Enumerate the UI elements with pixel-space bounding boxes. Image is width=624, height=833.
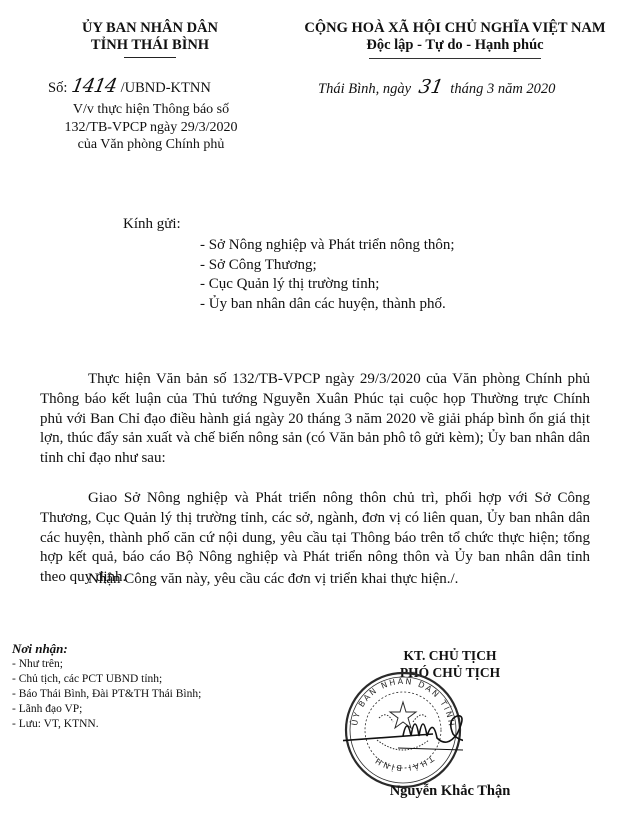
date-day-handwritten: 31: [413, 76, 449, 98]
document-number: Số: 1414 /UBND-KTNN: [48, 75, 268, 97]
doc-number-handwritten: 1414: [69, 75, 119, 97]
national-motto: CỘNG HOÀ XÃ HỘI CHỦ NGHĨA VIỆT NAM Độc l…: [290, 20, 620, 59]
recipient-item: - Sở Công Thương;: [200, 256, 455, 276]
svg-text:THÁI BÌNH: THÁI BÌNH: [372, 753, 436, 773]
subject-line-1: V/v thực hiện Thông báo số: [40, 101, 262, 119]
recipient-item: - Ủy ban nhân dân các huyện, thành phố.: [200, 295, 455, 315]
recipient-item: - Cục Quản lý thị trường tỉnh;: [200, 275, 455, 295]
official-seal-icon: ỦY BAN NHÂN DÂN TỈNH THÁI BÌNH: [343, 670, 463, 790]
body-paragraph-3: Nhận Công văn này, yêu cầu các đơn vị tr…: [40, 570, 590, 590]
cc-item: - Báo Thái Bình, Đài PT&TH Thái Bình;: [12, 687, 312, 702]
authority-line-2: TỈNH THÁI BÌNH: [40, 37, 260, 54]
authority-line-1: ỦY BAN NHÂN DÂN: [40, 20, 260, 37]
cc-item: - Lãnh đạo VP;: [12, 702, 312, 717]
cc-item: - Lưu: VT, KTNN.: [12, 717, 312, 732]
motto-underline: [369, 58, 541, 59]
recipient-item: - Sở Nông nghiệp và Phát triển nông thôn…: [200, 236, 455, 256]
cc-title: Nơi nhận:: [12, 641, 312, 656]
cc-block: Nơi nhận: - Như trên; - Chủ tịch, các PC…: [12, 641, 312, 732]
cc-list: - Như trên; - Chủ tịch, các PCT UBND tỉn…: [12, 657, 312, 732]
subject-line-2: 132/TB-VPCP ngày 29/3/2020: [40, 119, 262, 137]
doc-number-prefix: Số:: [48, 80, 67, 96]
issuing-authority: ỦY BAN NHÂN DÂN TỈNH THÁI BÌNH: [40, 20, 260, 58]
body-paragraph-1: Thực hiện Văn bản số 132/TB-VPCP ngày 29…: [40, 370, 590, 469]
document-date: Thái Bình, ngày 31 tháng 3 năm 2020: [318, 76, 555, 98]
doc-number-suffix: /UBND-KTNN: [121, 80, 211, 96]
authority-underline: [124, 57, 176, 58]
cc-item: - Chủ tịch, các PCT UBND tỉnh;: [12, 672, 312, 687]
document-subject: V/v thực hiện Thông báo số 132/TB-VPCP n…: [40, 101, 262, 154]
greeting: Kính gửi:: [123, 216, 181, 233]
signature-title-line-1: KT. CHỦ TỊCH: [365, 647, 535, 664]
signer-name: Nguyễn Khắc Thận: [365, 783, 535, 800]
cc-item: - Như trên;: [12, 657, 312, 672]
subject-line-3: của Văn phòng Chính phủ: [40, 136, 262, 154]
motto: Độc lập - Tự do - Hạnh phúc: [290, 37, 620, 54]
date-suffix: tháng 3 năm 2020: [450, 81, 555, 97]
date-prefix: Thái Bình, ngày: [318, 81, 411, 97]
country-name: CỘNG HOÀ XÃ HỘI CHỦ NGHĨA VIỆT NAM: [290, 20, 620, 37]
recipient-list: - Sở Nông nghiệp và Phát triển nông thôn…: [200, 236, 455, 314]
